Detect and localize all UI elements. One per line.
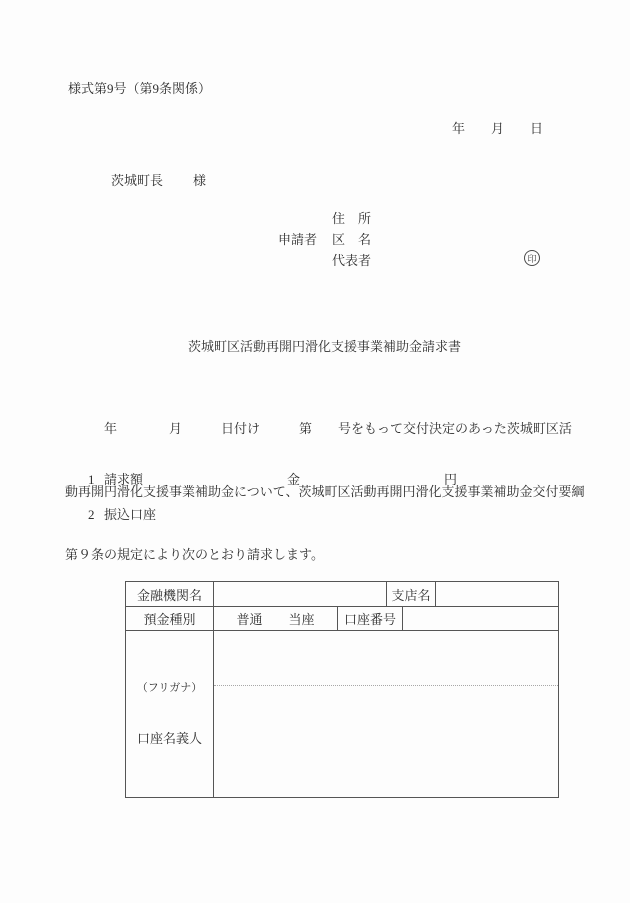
form-page: 様式第9号（第9条関係） 年 月 日 茨城町長様 申請者 住 所 区 名 代表者… (0, 0, 630, 903)
applicant-address-label: 住 所 (332, 211, 371, 227)
item1-amount-prefix: 金 (287, 472, 300, 488)
furigana-label: （フリガナ） (126, 680, 213, 697)
account-holder-field (214, 718, 558, 765)
applicant-label: 申請者 (278, 232, 317, 248)
body-paragraph: 年 月 日付け 第 号をもって交付決定のあった茨城町区活 動再開円滑化支援事業補… (65, 376, 567, 607)
seal-mark-icon: 印 (524, 250, 540, 266)
furigana-field (214, 663, 558, 686)
applicant-representative-label: 代表者 (332, 253, 371, 269)
addressee-line: 茨城町長様 (98, 154, 206, 205)
account-number-field (403, 607, 559, 631)
financial-institution-field (214, 582, 387, 607)
document-title: 茨城町区活動再開円滑化支援事業補助金請求書 (188, 336, 461, 355)
item2-label: 振込口座 (104, 507, 156, 523)
account-holder-label: 口座名義人 (126, 729, 213, 748)
account-number-label: 口座番号 (338, 607, 403, 631)
body-line-1: 年 月 日付け 第 号をもって交付決定のあった茨城町区活 (65, 418, 567, 439)
account-holder-label-cell: （フリガナ） 口座名義人 (126, 631, 214, 798)
item1-number: 1 (88, 472, 95, 488)
applicant-district-label: 区 名 (332, 232, 371, 248)
seal-character: 印 (527, 252, 536, 265)
bank-account-table: 金融機関名 支店名 預金種別 普通 当座 口座番号 （フリガナ） 口座名義人 (125, 581, 559, 798)
account-holder-field-cell (214, 631, 559, 798)
date-day-label: 日 (530, 118, 543, 137)
body-line-3: 第９条の規定により次のとおり請求します。 (65, 544, 567, 565)
date-month-label: 月 (491, 118, 504, 137)
branch-label: 支店名 (387, 582, 436, 607)
item1-label: 請求額 (104, 472, 143, 488)
item1-amount-unit: 円 (444, 472, 457, 488)
deposit-type-label: 預金種別 (126, 607, 214, 631)
deposit-type-options: 普通 当座 (214, 607, 338, 631)
branch-field (436, 582, 559, 607)
date-year-label: 年 (452, 118, 465, 137)
date-line: 年 月 日 (452, 118, 543, 137)
addressee-honorific: 様 (193, 173, 206, 188)
addressee-name: 茨城町長 (111, 173, 163, 188)
form-number: 様式第9号（第9条関係） (68, 81, 211, 97)
financial-institution-label: 金融機関名 (126, 582, 214, 607)
item2-number: 2 (88, 507, 95, 523)
